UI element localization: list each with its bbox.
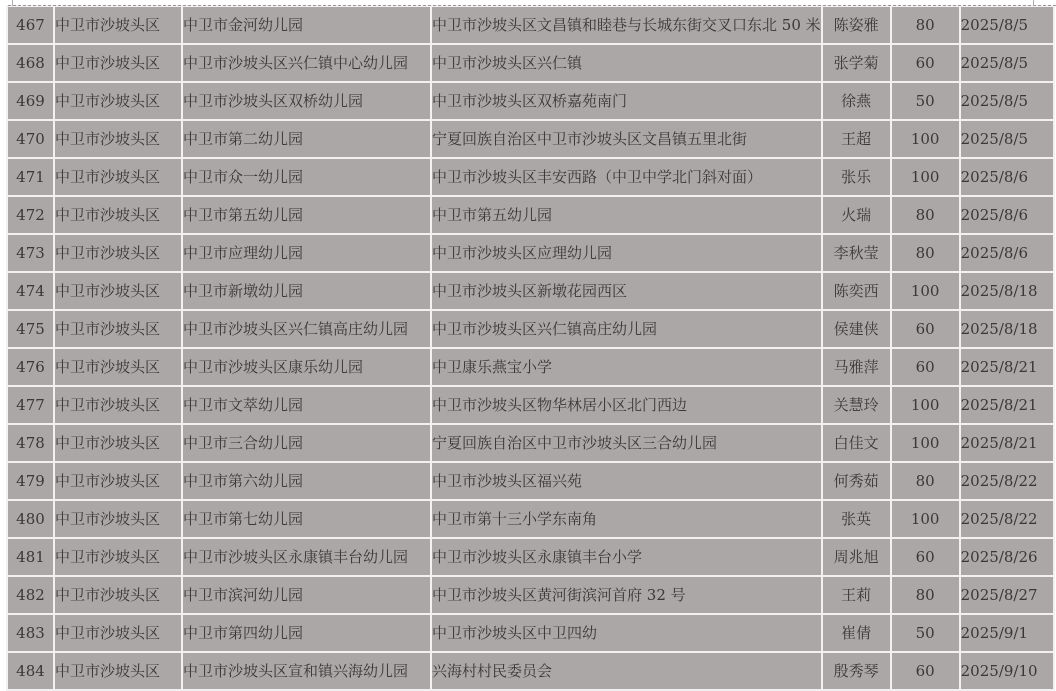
kindergarten-name-cell[interactable]: 中卫市第七幼儿园 [183, 501, 430, 537]
row-number-cell[interactable]: 477 [8, 387, 53, 423]
contact-name-cell[interactable]: 陈姿雅 [823, 7, 890, 43]
capacity-cell[interactable]: 80 [892, 7, 959, 43]
table-body: 467中卫市沙坡头区中卫市金河幼儿园中卫市沙坡头区文昌镇和睦巷与长城东街交叉口东… [8, 7, 1053, 689]
kindergarten-name-cell[interactable]: 中卫市第四幼儿园 [183, 615, 430, 651]
capacity-cell[interactable]: 50 [892, 615, 959, 651]
capacity-cell[interactable]: 60 [892, 45, 959, 81]
table-row: 479中卫市沙坡头区中卫市第六幼儿园中卫市沙坡头区福兴苑何秀茹802025/8/… [8, 463, 1053, 499]
date-cell[interactable]: 2025/8/22 [961, 463, 1053, 499]
capacity-cell[interactable]: 100 [892, 387, 959, 423]
capacity-cell[interactable]: 100 [892, 425, 959, 461]
district-cell[interactable]: 中卫市沙坡头区 [55, 7, 181, 43]
contact-name-cell[interactable]: 张乐 [823, 159, 890, 195]
address-cell[interactable]: 中卫市沙坡头区物华林居小区北门西边 [432, 387, 821, 423]
row-number-cell[interactable]: 479 [8, 463, 53, 499]
address-cell[interactable]: 宁夏回族自治区中卫市沙坡头区文昌镇五里北街 [432, 121, 821, 157]
date-cell[interactable]: 2025/8/5 [961, 7, 1053, 43]
date-cell[interactable]: 2025/8/5 [961, 83, 1053, 119]
district-cell[interactable]: 中卫市沙坡头区 [55, 349, 181, 385]
capacity-cell[interactable]: 100 [892, 501, 959, 537]
row-number-cell[interactable]: 480 [8, 501, 53, 537]
contact-name-cell[interactable]: 关慧玲 [823, 387, 890, 423]
address-cell[interactable]: 中卫市沙坡头区新墩花园西区 [432, 273, 821, 309]
district-cell[interactable]: 中卫市沙坡头区 [55, 273, 181, 309]
contact-name-cell[interactable]: 陈奕西 [823, 273, 890, 309]
capacity-cell[interactable]: 100 [892, 121, 959, 157]
date-cell[interactable]: 2025/9/1 [961, 615, 1053, 651]
row-number-cell[interactable]: 473 [8, 235, 53, 271]
date-cell[interactable]: 2025/8/6 [961, 197, 1053, 233]
row-number-cell[interactable]: 483 [8, 615, 53, 651]
address-cell[interactable]: 中卫市沙坡头区兴仁镇高庄幼儿园 [432, 311, 821, 347]
date-cell[interactable]: 2025/8/6 [961, 235, 1053, 271]
capacity-cell[interactable]: 50 [892, 83, 959, 119]
date-cell[interactable]: 2025/8/27 [961, 577, 1053, 613]
date-cell[interactable]: 2025/9/10 [961, 653, 1053, 689]
table-row: 469中卫市沙坡头区中卫市沙坡头区双桥幼儿园中卫市沙坡头区双桥嘉苑南门徐燕502… [8, 83, 1053, 119]
kindergarten-name-cell[interactable]: 中卫市沙坡头区双桥幼儿园 [183, 83, 430, 119]
capacity-cell[interactable]: 80 [892, 577, 959, 613]
address-cell[interactable]: 中卫市沙坡头区中卫四幼 [432, 615, 821, 651]
kindergarten-name-cell[interactable]: 中卫市新墩幼儿园 [183, 273, 430, 309]
kindergarten-name-cell[interactable]: 中卫市沙坡头区永康镇丰台幼儿园 [183, 539, 430, 575]
contact-name-cell[interactable]: 李秋莹 [823, 235, 890, 271]
contact-name-cell[interactable]: 王莉 [823, 577, 890, 613]
district-cell[interactable]: 中卫市沙坡头区 [55, 501, 181, 537]
table-row: 477中卫市沙坡头区中卫市文萃幼儿园中卫市沙坡头区物华林居小区北门西边关慧玲10… [8, 387, 1053, 423]
contact-name-cell[interactable]: 火瑞 [823, 197, 890, 233]
address-cell[interactable]: 中卫市第五幼儿园 [432, 197, 821, 233]
row-number-cell[interactable]: 467 [8, 7, 53, 43]
table-row: 478中卫市沙坡头区中卫市三合幼儿园宁夏回族自治区中卫市沙坡头区三合幼儿园白佳文… [8, 425, 1053, 461]
table-row: 468中卫市沙坡头区中卫市沙坡头区兴仁镇中心幼儿园中卫市沙坡头区兴仁镇张学菊60… [8, 45, 1053, 81]
row-number-cell[interactable]: 474 [8, 273, 53, 309]
date-cell[interactable]: 2025/8/6 [961, 159, 1053, 195]
kindergarten-name-cell[interactable]: 中卫市沙坡头区康乐幼儿园 [183, 349, 430, 385]
capacity-cell[interactable]: 100 [892, 159, 959, 195]
district-cell[interactable]: 中卫市沙坡头区 [55, 159, 181, 195]
district-cell[interactable]: 中卫市沙坡头区 [55, 425, 181, 461]
address-cell[interactable]: 中卫市沙坡头区黄河街滨河首府 32 号 [432, 577, 821, 613]
district-cell[interactable]: 中卫市沙坡头区 [55, 653, 181, 689]
capacity-cell[interactable]: 80 [892, 463, 959, 499]
cut-row-dashed-edge [8, 5, 1056, 6]
table-row: 474中卫市沙坡头区中卫市新墩幼儿园中卫市沙坡头区新墩花园西区陈奕西100202… [8, 273, 1053, 309]
table-row: 470中卫市沙坡头区中卫市第二幼儿园宁夏回族自治区中卫市沙坡头区文昌镇五里北街王… [8, 121, 1053, 157]
contact-name-cell[interactable]: 周兆旭 [823, 539, 890, 575]
table-row: 471中卫市沙坡头区中卫市众一幼儿园中卫市沙坡头区丰安西路（中卫中学北门斜对面）… [8, 159, 1053, 195]
kindergarten-data-table: 467中卫市沙坡头区中卫市金河幼儿园中卫市沙坡头区文昌镇和睦巷与长城东街交叉口东… [6, 5, 1055, 691]
contact-name-cell[interactable]: 张英 [823, 501, 890, 537]
district-cell[interactable]: 中卫市沙坡头区 [55, 539, 181, 575]
district-cell[interactable]: 中卫市沙坡头区 [55, 235, 181, 271]
kindergarten-name-cell[interactable]: 中卫市文萃幼儿园 [183, 387, 430, 423]
kindergarten-name-cell[interactable]: 中卫市沙坡头区宣和镇兴海幼儿园 [183, 653, 430, 689]
table-row: 484中卫市沙坡头区中卫市沙坡头区宣和镇兴海幼儿园兴海村村民委员会殷秀琴6020… [8, 653, 1053, 689]
capacity-cell[interactable]: 100 [892, 273, 959, 309]
capacity-cell[interactable]: 60 [892, 311, 959, 347]
table-row: 467中卫市沙坡头区中卫市金河幼儿园中卫市沙坡头区文昌镇和睦巷与长城东街交叉口东… [8, 7, 1053, 43]
contact-name-cell[interactable]: 马雅萍 [823, 349, 890, 385]
address-cell[interactable]: 中卫康乐燕宝小学 [432, 349, 821, 385]
kindergarten-name-cell[interactable]: 中卫市沙坡头区兴仁镇高庄幼儿园 [183, 311, 430, 347]
date-cell[interactable]: 2025/8/26 [961, 539, 1053, 575]
capacity-cell[interactable]: 80 [892, 197, 959, 233]
table-row: 482中卫市沙坡头区中卫市滨河幼儿园中卫市沙坡头区黄河街滨河首府 32 号王莉8… [8, 577, 1053, 613]
row-number-cell[interactable]: 484 [8, 653, 53, 689]
contact-name-cell[interactable]: 张学菊 [823, 45, 890, 81]
district-cell[interactable]: 中卫市沙坡头区 [55, 387, 181, 423]
table-row: 480中卫市沙坡头区中卫市第七幼儿园中卫市第十三小学东南角张英1002025/8… [8, 501, 1053, 537]
district-cell[interactable]: 中卫市沙坡头区 [55, 311, 181, 347]
row-number-cell[interactable]: 481 [8, 539, 53, 575]
table-row: 473中卫市沙坡头区中卫市应理幼儿园中卫市沙坡头区应理幼儿园李秋莹802025/… [8, 235, 1053, 271]
district-cell[interactable]: 中卫市沙坡头区 [55, 197, 181, 233]
kindergarten-name-cell[interactable]: 中卫市沙坡头区兴仁镇中心幼儿园 [183, 45, 430, 81]
kindergarten-name-cell[interactable]: 中卫市三合幼儿园 [183, 425, 430, 461]
address-cell[interactable]: 中卫市沙坡头区永康镇丰台小学 [432, 539, 821, 575]
kindergarten-name-cell[interactable]: 中卫市第二幼儿园 [183, 121, 430, 157]
district-cell[interactable]: 中卫市沙坡头区 [55, 121, 181, 157]
row-number-cell[interactable]: 469 [8, 83, 53, 119]
date-cell[interactable]: 2025/8/18 [961, 311, 1053, 347]
date-cell[interactable]: 2025/8/21 [961, 387, 1053, 423]
contact-name-cell[interactable]: 徐燕 [823, 83, 890, 119]
kindergarten-name-cell[interactable]: 中卫市第六幼儿园 [183, 463, 430, 499]
address-cell[interactable]: 兴海村村民委员会 [432, 653, 821, 689]
address-cell[interactable]: 宁夏回族自治区中卫市沙坡头区三合幼儿园 [432, 425, 821, 461]
row-number-cell[interactable]: 476 [8, 349, 53, 385]
address-cell[interactable]: 中卫市沙坡头区双桥嘉苑南门 [432, 83, 821, 119]
capacity-cell[interactable]: 60 [892, 653, 959, 689]
row-number-cell[interactable]: 471 [8, 159, 53, 195]
date-cell[interactable]: 2025/8/5 [961, 45, 1053, 81]
table-row: 481中卫市沙坡头区中卫市沙坡头区永康镇丰台幼儿园中卫市沙坡头区永康镇丰台小学周… [8, 539, 1053, 575]
date-cell[interactable]: 2025/8/21 [961, 349, 1053, 385]
row-number-cell[interactable]: 475 [8, 311, 53, 347]
district-cell[interactable]: 中卫市沙坡头区 [55, 83, 181, 119]
contact-name-cell[interactable]: 崔倩 [823, 615, 890, 651]
contact-name-cell[interactable]: 殷秀琴 [823, 653, 890, 689]
address-cell[interactable]: 中卫市沙坡头区兴仁镇 [432, 45, 821, 81]
row-number-cell[interactable]: 472 [8, 197, 53, 233]
address-cell[interactable]: 中卫市沙坡头区应理幼儿园 [432, 235, 821, 271]
contact-name-cell[interactable]: 白佳文 [823, 425, 890, 461]
contact-name-cell[interactable]: 何秀茹 [823, 463, 890, 499]
district-cell[interactable]: 中卫市沙坡头区 [55, 577, 181, 613]
date-cell[interactable]: 2025/8/21 [961, 425, 1053, 461]
capacity-cell[interactable]: 80 [892, 235, 959, 271]
district-cell[interactable]: 中卫市沙坡头区 [55, 45, 181, 81]
kindergarten-name-cell[interactable]: 中卫市滨河幼儿园 [183, 577, 430, 613]
table-row: 475中卫市沙坡头区中卫市沙坡头区兴仁镇高庄幼儿园中卫市沙坡头区兴仁镇高庄幼儿园… [8, 311, 1053, 347]
kindergarten-name-cell[interactable]: 中卫市第五幼儿园 [183, 197, 430, 233]
kindergarten-name-cell[interactable]: 中卫市众一幼儿园 [183, 159, 430, 195]
date-cell[interactable]: 2025/8/18 [961, 273, 1053, 309]
row-number-cell[interactable]: 468 [8, 45, 53, 81]
cut-row-border-tick-right [1033, 0, 1034, 6]
date-cell[interactable]: 2025/8/5 [961, 121, 1053, 157]
table-row: 472中卫市沙坡头区中卫市第五幼儿园中卫市第五幼儿园火瑞802025/8/6 [8, 197, 1053, 233]
capacity-cell[interactable]: 60 [892, 539, 959, 575]
spreadsheet-region: 467中卫市沙坡头区中卫市金河幼儿园中卫市沙坡头区文昌镇和睦巷与长城东街交叉口东… [0, 0, 1056, 691]
district-cell[interactable]: 中卫市沙坡头区 [55, 615, 181, 651]
capacity-cell[interactable]: 60 [892, 349, 959, 385]
row-number-cell[interactable]: 478 [8, 425, 53, 461]
date-cell[interactable]: 2025/8/22 [961, 501, 1053, 537]
row-number-cell[interactable]: 470 [8, 121, 53, 157]
address-cell[interactable]: 中卫市沙坡头区丰安西路（中卫中学北门斜对面） [432, 159, 821, 195]
table-row: 483中卫市沙坡头区中卫市第四幼儿园中卫市沙坡头区中卫四幼崔倩502025/9/… [8, 615, 1053, 651]
table-row: 476中卫市沙坡头区中卫市沙坡头区康乐幼儿园中卫康乐燕宝小学马雅萍602025/… [8, 349, 1053, 385]
address-cell[interactable]: 中卫市沙坡头区福兴苑 [432, 463, 821, 499]
cut-row-border-tick-left [12, 0, 13, 6]
address-cell[interactable]: 中卫市沙坡头区文昌镇和睦巷与长城东街交叉口东北 50 米 [432, 7, 821, 43]
address-cell[interactable]: 中卫市第十三小学东南角 [432, 501, 821, 537]
kindergarten-name-cell[interactable]: 中卫市金河幼儿园 [183, 7, 430, 43]
row-number-cell[interactable]: 482 [8, 577, 53, 613]
contact-name-cell[interactable]: 王超 [823, 121, 890, 157]
contact-name-cell[interactable]: 侯建侠 [823, 311, 890, 347]
district-cell[interactable]: 中卫市沙坡头区 [55, 463, 181, 499]
kindergarten-name-cell[interactable]: 中卫市应理幼儿园 [183, 235, 430, 271]
